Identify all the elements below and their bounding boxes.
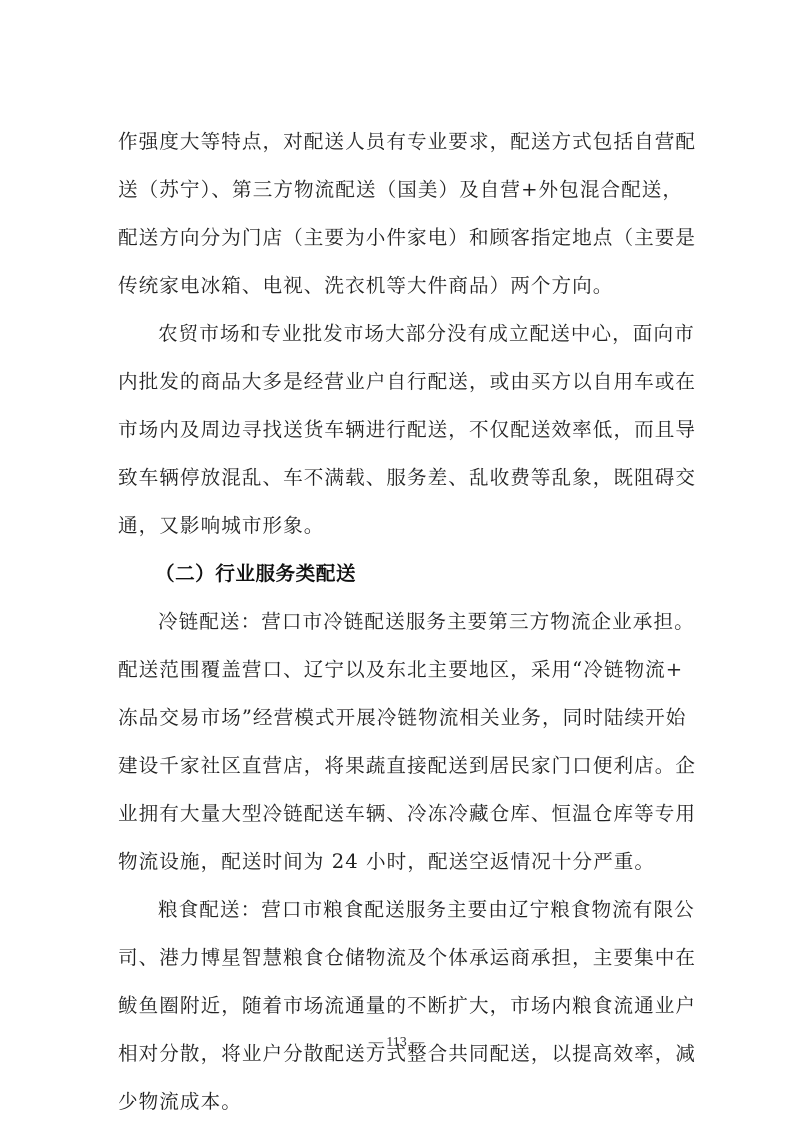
text-line: 建设千家社区直营店，将果蔬直接配送到居民家门口便利店。企 (118, 754, 678, 778)
text-line: 冻品交易市场”经营模式开展冷链物流相关业务，同时陆续开始 (118, 706, 678, 730)
section-heading: （二）行业服务类配送 (155, 562, 356, 586)
text-line: 作强度大等特点，对配送人员有专业要求，配送方式包括自营配 (118, 130, 678, 154)
document-page: 作强度大等特点，对配送人员有专业要求，配送方式包括自营配 送（苏宁）、第三方物流… (0, 0, 793, 1122)
text-line: 少物流成本。 (118, 1090, 678, 1114)
text-line: 物流设施，配送时间为 24 小时，配送空返情况十分严重。 (118, 850, 678, 874)
text-line: 市场内及周边寻找送货车辆进行配送，不仅配送效率低，而且导 (118, 418, 678, 442)
text-line: 司、港力博星智慧粮食仓储物流及个体承运商承担，主要集中在 (118, 946, 678, 970)
text-line: 致车辆停放混乱、车不满载、服务差、乱收费等乱象，既阻碍交 (118, 466, 678, 490)
text-line: 配送方向分为门店（主要为小件家电）和顾客指定地点（主要是 (118, 226, 678, 250)
text-line: 传统家电冰箱、电视、洗衣机等大件商品）两个方向。 (118, 274, 678, 298)
text-line: 粮食配送：营口市粮食配送服务主要由辽宁粮食物流有限公 (158, 898, 718, 922)
text-line: 通，又影响城市形象。 (118, 514, 678, 538)
text-line: 农贸市场和专业批发市场大部分没有成立配送中心，面向市 (158, 322, 718, 346)
text-line: 内批发的商品大多是经营业户自行配送，或由买方以自用车或在 (118, 370, 678, 394)
text-line: 配送范围覆盖营口、辽宁以及东北主要地区，采用“冷链物流+ (118, 658, 678, 682)
text-line: 送（苏宁）、第三方物流配送（国美）及自营+外包混合配送， (118, 178, 678, 202)
text-line: 鲅鱼圈附近，随着市场流通量的不断扩大，市场内粮食流通业户 (118, 994, 678, 1018)
text-line: 冷链配送：营口市冷链配送服务主要第三方物流企业承担。 (158, 610, 718, 634)
page-number: — 113 — (0, 1035, 793, 1051)
text-line: 业拥有大量大型冷链配送车辆、冷冻冷藏仓库、恒温仓库等专用 (118, 802, 678, 826)
